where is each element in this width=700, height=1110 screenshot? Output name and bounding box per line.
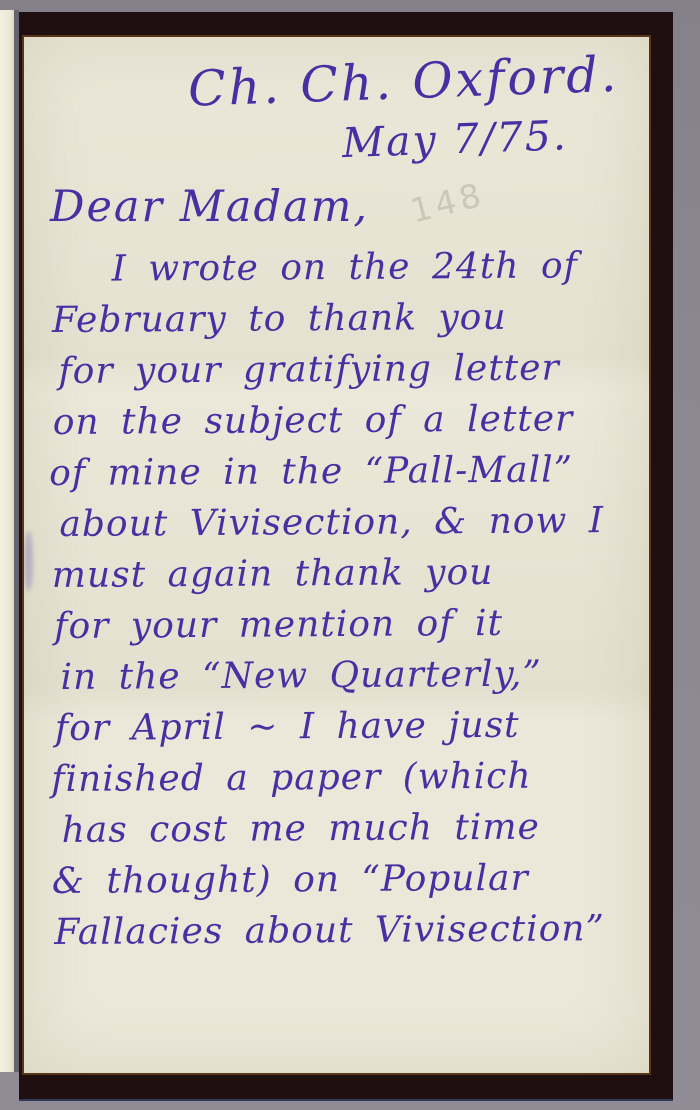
letter-line: & thought) on “Popular <box>52 852 637 907</box>
letter-line: in the “New Quarterly,” <box>60 648 635 703</box>
letter-line: I wrote on the 24th of <box>48 240 633 295</box>
facing-page-edge <box>0 10 19 1072</box>
letter-heading-date: May 7/75. <box>341 109 635 167</box>
letter-heading-place: Ch. Ch. Oxford. <box>187 45 636 118</box>
letter-salutation: Dear Madam, <box>50 182 635 232</box>
letter-line: on the subject of a letter <box>53 393 634 448</box>
letter-line: February to thank you <box>52 291 633 346</box>
letter-line: has cost me much time <box>61 801 636 856</box>
ink-smudge <box>24 531 33 591</box>
letter-line: for your mention of it <box>54 597 635 652</box>
letter-line: of mine in the “Pall-Mall” <box>49 444 634 499</box>
album-mat: Ch. Ch. Oxford. May 7/75. 148 Dear Madam… <box>19 12 673 1101</box>
letter-line: Fallacies about Vivisection” <box>54 903 637 958</box>
letter-line: for April ~ I have just <box>55 699 636 754</box>
letter-line: must again thank you <box>52 546 635 601</box>
letter-line: for your gratifying letter <box>58 342 633 397</box>
letter-line: finished a paper (which <box>51 750 636 805</box>
letter-photograph: Ch. Ch. Oxford. May 7/75. 148 Dear Madam… <box>0 0 700 1110</box>
letter-line: about Vivisection, & now I <box>59 495 634 550</box>
letter-page: Ch. Ch. Oxford. May 7/75. 148 Dear Madam… <box>24 37 649 1073</box>
letter-body: I wrote on the 24th of February to thank… <box>48 240 638 958</box>
